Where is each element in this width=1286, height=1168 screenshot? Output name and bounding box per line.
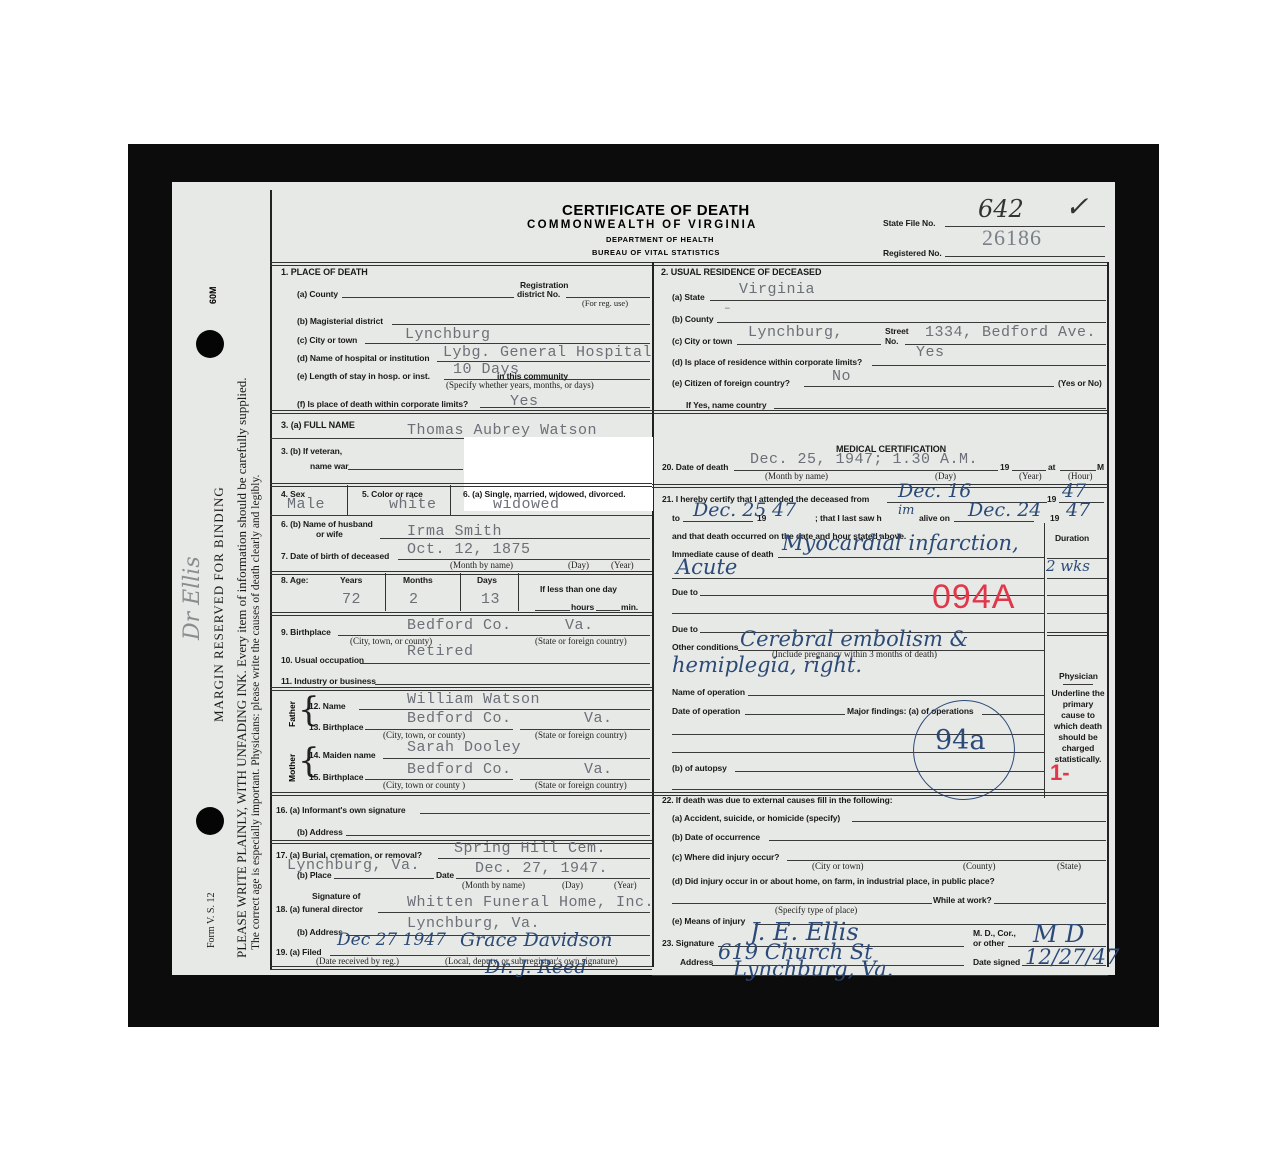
informant-address-label: (b) Address (297, 827, 343, 837)
informant-signature-line (420, 813, 650, 814)
county-label: (a) County (297, 289, 338, 299)
magisterial-line (392, 324, 650, 325)
veteran-line (348, 469, 463, 470)
burial-year-note: (Year) (614, 880, 637, 890)
death-date-bottom-rule (652, 484, 1108, 488)
father-state-note: (State or foreign country) (535, 730, 627, 740)
where-city-note: (City or town) (812, 861, 864, 871)
last-saw-label: ; that I last saw h (815, 513, 882, 523)
residence-corporate-label: (d) Is place of residence within corpora… (672, 357, 862, 367)
burial-date-line (456, 878, 650, 879)
death-m-label: M (1097, 462, 1104, 472)
residence-state-line (710, 300, 1106, 301)
alive-value: Dec. 24 (968, 499, 1041, 521)
veteran-label-2: name war (310, 461, 348, 471)
print-code: 60M (208, 286, 218, 304)
punch-hole-top (196, 330, 224, 358)
industry-label: 11. Industry or business (281, 676, 376, 686)
birthplace-city-value: Bedford Co. (407, 617, 512, 634)
due-to-label-1: Due to (672, 587, 698, 597)
state-file-label: State File No. (883, 218, 935, 228)
citizen-label: (e) Citizen of foreign country? (672, 378, 790, 388)
dob-day-note: (Day) (568, 560, 589, 570)
months-label: Months (403, 575, 433, 585)
bureau-heading: BUREAU OF VITAL STATISTICS (592, 248, 720, 257)
to-line (683, 521, 753, 522)
spouse-rule (380, 538, 650, 539)
duration-line-3 (1047, 595, 1107, 596)
means-label: (e) Means of injury (672, 916, 745, 926)
immediate-value: Myocardial infarction, (782, 531, 1019, 555)
duration-line-1 (1047, 558, 1107, 559)
margin-instruction-line2: The correct age is especially important.… (250, 475, 262, 950)
birthplace-state-note: (State or foreign country) (535, 636, 627, 646)
marital-rule (270, 515, 652, 516)
burial-date-value: Dec. 27, 1947. (475, 860, 608, 877)
informant-address-line (346, 835, 650, 836)
mother-name-value: Sarah Dooley (407, 739, 521, 756)
residence-county-label: (b) County (672, 314, 714, 324)
burial-place-label: (b) Place (297, 870, 332, 880)
years-label: Years (340, 575, 362, 585)
street-label-2: No. (885, 336, 898, 346)
hospital-value: Lybg. General Hospital (443, 344, 652, 361)
burial-month-note: (Month by name) (462, 880, 525, 890)
mother-birthplace-city: Bedford Co. (407, 761, 512, 778)
certificate-title: CERTIFICATE OF DEATH (562, 202, 750, 219)
md-value: M D (1033, 920, 1084, 948)
from-value: Dec. 16 (898, 480, 971, 502)
director-value: Whitten Funeral Home, Inc. (407, 894, 654, 911)
to-year-prefix: 19 (757, 513, 766, 523)
race-value: white (389, 496, 437, 513)
from-year-prefix: 19 (1047, 494, 1056, 504)
date-signed-label: Date signed (973, 957, 1020, 967)
death-corporate-value: Yes (510, 393, 539, 410)
registrar-signature: Grace Davidson (460, 929, 612, 951)
stay-note: (Specify whether years, months, or days) (446, 380, 594, 390)
occupation-value: Retired (407, 643, 474, 660)
burial-day-note: (Day) (562, 880, 583, 890)
marital-value: widowed (493, 496, 560, 513)
death-corporate-line (480, 407, 650, 408)
mother-birthplace-label: 15. Birthplace (309, 772, 363, 782)
days-value: 13 (481, 591, 500, 608)
md-label-1: M. D., Cor., (973, 928, 1016, 938)
burial-date-label: Date (436, 870, 454, 880)
spouse-label-2: or wife (316, 529, 343, 539)
accident-line (852, 821, 1106, 822)
magisterial-label: (b) Magisterial district (297, 316, 383, 326)
citizen-line (804, 386, 1054, 387)
filed-note: (Date received by reg.) (316, 956, 399, 966)
occurrence-label: (b) Date of occurrence (672, 832, 760, 842)
death-year-note: (Year) (1019, 471, 1042, 481)
citizen-value: No (832, 368, 851, 385)
industry-line (375, 684, 650, 685)
months-value: 2 (409, 591, 419, 608)
form-left-border (270, 190, 272, 970)
autopsy-label: (b) of autopsy (672, 763, 727, 773)
duration-line-4 (1047, 613, 1107, 614)
other-conditions-value: Cerebral embolism & (740, 627, 968, 651)
section2-bottom-rule (652, 410, 1108, 414)
birthplace-state-value: Va. (565, 617, 594, 634)
section1-bottom-rule (270, 410, 652, 414)
duration-line-2 (1047, 578, 1107, 579)
sex-value: Male (287, 496, 325, 513)
other-conditions-label: Other conditions (672, 642, 738, 652)
physician-divider (1063, 684, 1093, 685)
last-saw-value: im (898, 503, 915, 518)
operation-label: Name of operation (672, 687, 745, 697)
filed-label: 19. (a) Filed (276, 947, 321, 957)
residence-county-value: – (724, 303, 731, 315)
veteran-bottom-rule (270, 483, 652, 487)
veteran-label-1: 3. (b) If veteran, (281, 446, 342, 456)
duration-label: Duration (1055, 533, 1089, 543)
country-label: If Yes, name country (686, 400, 767, 410)
margin-reserved-text: MARGIN RESERVED FOR BINDING (211, 486, 227, 722)
certifier-address-label: Address (680, 957, 713, 967)
alive-year-value: 47 (1066, 499, 1090, 521)
stay-label: (e) Length of stay in hosp. or inst. (297, 371, 430, 381)
autopsy-line (735, 771, 1044, 772)
father-birthplace-city: Bedford Co. (407, 710, 512, 727)
other-conditions-value-2: hemiplegia, right. (672, 653, 862, 677)
country-line (774, 408, 1106, 409)
margin-handwritten-note: Dr Ellis (180, 556, 205, 640)
residence-county-line (717, 322, 1106, 323)
physician-label: Physician (1059, 671, 1098, 681)
mother-state-note: (State or foreign country) (535, 780, 627, 790)
street-value: 1334, Bedford Ave. (925, 324, 1096, 341)
residence-city-label: (c) City or town (672, 336, 732, 346)
mother-name-line (383, 758, 650, 759)
mother-city-note: (City, town or county ) (383, 780, 465, 790)
occupation-line (360, 663, 650, 664)
occurrence-line (769, 840, 1106, 841)
race-divider (450, 485, 451, 515)
yes-no-note: (Yes or No) (1058, 378, 1102, 388)
duration-divider (1044, 523, 1045, 798)
code-stamp: 094A (932, 578, 1015, 617)
duration-bottom-rule (1047, 632, 1107, 636)
sex-divider (347, 485, 348, 515)
director-address-label: (b) Address (297, 927, 343, 937)
punch-hole-bottom (196, 807, 224, 835)
place-type-note: (Specify type of place) (775, 905, 857, 915)
death-city-value: Lynchburg (405, 326, 491, 343)
margin-instruction-line1: PLEASE WRITE PLAINLY, WITH UNFADING INK.… (234, 378, 250, 958)
department-heading: DEPARTMENT OF HEALTH (606, 235, 714, 244)
residence-heading: 2. USUAL RESIDENCE OF DECEASED (661, 267, 821, 277)
min-line (596, 610, 620, 611)
occupation-label: 10. Usual occupation (281, 655, 364, 665)
registered-line (945, 256, 1105, 257)
years-value: 72 (342, 591, 361, 608)
father-tag: Father (287, 701, 297, 727)
death-date-value: Dec. 25, 1947; 1.30 A.M. (750, 451, 978, 468)
age-bottom-rule (270, 612, 652, 616)
state-file-value: 642 (978, 195, 1024, 223)
red-mark: 1- (1050, 760, 1070, 786)
dob-value: Oct. 12, 1875 (407, 541, 531, 558)
death-year-prefix: 19 (1000, 462, 1009, 472)
operation-date-line (745, 714, 845, 715)
underline-note: Underline the primary cause to which dea… (1051, 688, 1105, 765)
where-county-note: (County) (963, 861, 996, 871)
street-label-1: Street (885, 326, 909, 336)
min-label: min. (621, 602, 638, 612)
certifier-address-value-2: Lynchburg, Va. (733, 957, 893, 981)
to-value: Dec. 25 (693, 499, 766, 521)
registration-label-2: district No. (517, 289, 560, 299)
bottom-rule-left (270, 966, 652, 970)
to-label: to (672, 513, 680, 523)
residence-state-label: (a) State (672, 292, 705, 302)
hours-label: hours (571, 602, 594, 612)
death-at-label: at (1048, 462, 1055, 472)
burial-line (438, 858, 650, 859)
age-label: 8. Age: (281, 575, 308, 585)
dob-bottom-rule (270, 571, 652, 575)
mother-birthplace-state: Va. (584, 761, 613, 778)
days-divider (518, 573, 519, 611)
commonwealth-heading: COMMONWEALTH OF VIRGINIA (527, 219, 758, 231)
hours-line (535, 610, 570, 611)
bottom-rule-right (652, 975, 1108, 976)
form-number: Form V. S. 12 (206, 893, 217, 948)
death-date-label: 20. Date of death (662, 462, 728, 472)
where-state-note: (State) (1057, 861, 1081, 871)
father-birthplace-label: 13. Birthplace (309, 722, 363, 732)
burial-place-line (334, 878, 434, 879)
place-of-death-heading: 1. PLACE OF DEATH (281, 267, 368, 277)
director-label-1: Signature of (312, 891, 360, 901)
residence-city-line (737, 344, 881, 345)
death-city-label: (c) City or town (297, 335, 357, 345)
alive-year-prefix: 19 (1050, 513, 1059, 523)
circled-code: 94a (935, 725, 985, 756)
spouse-label-1: 6. (b) Name of husband (281, 519, 373, 529)
to-year-value: 47 (772, 499, 796, 521)
days-label: Days (477, 575, 497, 585)
informant-signature-label: 16. (a) Informant's own signature (276, 805, 406, 815)
director-label-2: 18. (a) funeral director (276, 904, 363, 914)
registered-label: Registered No. (883, 248, 942, 258)
form-right-border (1107, 262, 1109, 967)
county-line (342, 297, 514, 298)
signature-label: 23. Signature (662, 938, 714, 948)
work-label: While at work? (933, 895, 992, 905)
date-signed-value: 12/27/47 (1025, 945, 1119, 969)
death-corporate-label: (f) Is place of death within corporate l… (297, 399, 468, 409)
mother-tag: Mother (287, 754, 297, 782)
operation-date-label: Date of operation (672, 706, 740, 716)
where-label: (c) Where did injury occur? (672, 852, 779, 862)
check-mark: ✓ (1065, 190, 1088, 223)
father-name-value: William Watson (407, 691, 540, 708)
director-line (378, 912, 650, 913)
years-divider (385, 573, 386, 611)
duration-value: 2 wks (1046, 557, 1090, 575)
dob-month-note: (Month by name) (450, 560, 513, 570)
immediate-value-2: Acute (676, 555, 737, 579)
alive-label: alive on (919, 513, 950, 523)
parents-bottom-rule (270, 792, 652, 796)
months-divider (460, 573, 461, 611)
death-month-note: (Month by name) (765, 471, 828, 481)
burial-value: Spring Hill Cem. (454, 840, 606, 857)
reg-use-note: (For reg. use) (582, 298, 628, 308)
due-to-label-2: Due to (672, 624, 698, 634)
immediate-line (778, 557, 1044, 558)
mother-name-label: 14. Maiden name (309, 750, 376, 760)
less-day-label: If less than one day (540, 584, 617, 594)
full-name-label: 3. (a) FULL NAME (281, 420, 355, 430)
father-name-label: 12. Name (309, 701, 346, 711)
dob-label: 7. Date of birth of deceased (281, 551, 389, 561)
work-line (994, 903, 1106, 904)
place-type-line (672, 903, 932, 904)
residence-city-value: Lynchburg, (748, 324, 843, 341)
residence-corporate-value: Yes (916, 344, 945, 361)
alive-line (954, 521, 1034, 522)
dob-year-note: (Year) (611, 560, 634, 570)
accident-label: (a) Accident, suicide, or homicide (spec… (672, 813, 840, 823)
external-heading: 22. If death was due to external causes … (662, 795, 892, 805)
filed-value: Dec 27 1947 (337, 930, 446, 950)
header-bottom-rule (270, 262, 1108, 266)
birthplace-label: 9. Birthplace (281, 627, 331, 637)
place-type-label: (d) Did injury occur in or about home, o… (672, 876, 995, 886)
hospital-label: (d) Name of hospital or institution (297, 353, 430, 363)
md-label-2: or other (973, 938, 1004, 948)
residence-state-value: Virginia (739, 281, 815, 298)
operation-line (748, 695, 1044, 696)
father-birthplace-state: Va. (584, 710, 613, 727)
column-divider (652, 262, 654, 967)
residence-corporate-line (872, 365, 1106, 366)
autopsy-line-2 (672, 789, 1044, 790)
registered-value: 26186 (982, 225, 1042, 251)
